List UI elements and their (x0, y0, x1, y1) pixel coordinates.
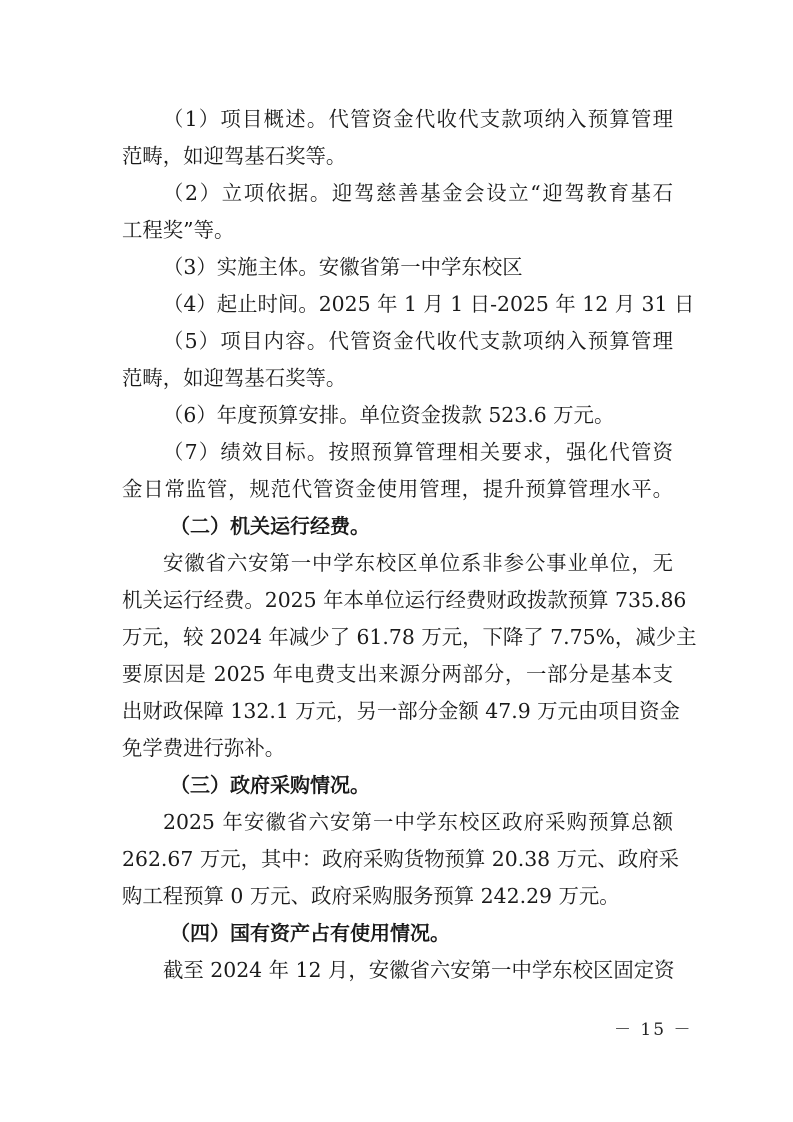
paragraph-line: （5）项目内容。代管资金代收代支款项纳入预算管理 (122, 323, 673, 360)
section-heading-4: （四）国有资产占有使用情况。 (122, 915, 673, 952)
paragraph-line: 万元，较 2024 年减少了 61.78 万元，下降了 7.75%，减少主 (122, 619, 673, 656)
section-heading-3: （三）政府采购情况。 (122, 767, 673, 804)
paragraph-line: 安徽省六安第一中学东校区单位系非参公事业单位，无 (122, 545, 673, 582)
page-number: － 15 － (614, 1015, 692, 1040)
section-heading-2: （二）机关运行经费。 (122, 508, 673, 545)
paragraph-line: 范畴，如迎驾基石奖等。 (122, 360, 673, 397)
paragraph-line: 262.67 万元，其中：政府采购货物预算 20.38 万元、政府采 (122, 841, 673, 878)
paragraph-line: 范畴，如迎驾基石奖等。 (122, 138, 673, 175)
paragraph-line: 出财政保障 132.1 万元，另一部分金额 47.9 万元由项目资金 (122, 693, 673, 730)
paragraph-line: （1）项目概述。代管资金代收代支款项纳入预算管理 (122, 101, 673, 138)
paragraph-line: 2025 年安徽省六安第一中学东校区政府采购预算总额 (122, 804, 673, 841)
paragraph-line: （4）起止时间。2025 年 1 月 1 日-2025 年 12 月 31 日 (122, 286, 673, 323)
paragraph-line: 要原因是 2025 年电费支出来源分两部分，一部分是基本支 (122, 656, 673, 693)
paragraph-line: 购工程预算 0 万元、政府采购服务预算 242.29 万元。 (122, 878, 673, 915)
paragraph-line: 金日常监管，规范代管资金使用管理，提升预算管理水平。 (122, 471, 673, 508)
paragraph-line: 工程奖”等。 (122, 212, 673, 249)
document-body: （1）项目概述。代管资金代收代支款项纳入预算管理 范畴，如迎驾基石奖等。 （2）… (122, 101, 673, 989)
paragraph-line: （3）实施主体。安徽省第一中学东校区 (122, 249, 673, 286)
paragraph-line: （6）年度预算安排。单位资金拨款 523.6 万元。 (122, 397, 673, 434)
paragraph-line: 机关运行经费。2025 年本单位运行经费财政拨款预算 735.86 (122, 582, 673, 619)
paragraph-line: 免学费进行弥补。 (122, 730, 673, 767)
paragraph-line: （2）立项依据。迎驾慈善基金会设立“迎驾教育基石 (122, 175, 673, 212)
paragraph-line: 截至 2024 年 12 月，安徽省六安第一中学东校区固定资 (122, 952, 673, 989)
paragraph-line: （7）绩效目标。按照预算管理相关要求，强化代管资 (122, 434, 673, 471)
